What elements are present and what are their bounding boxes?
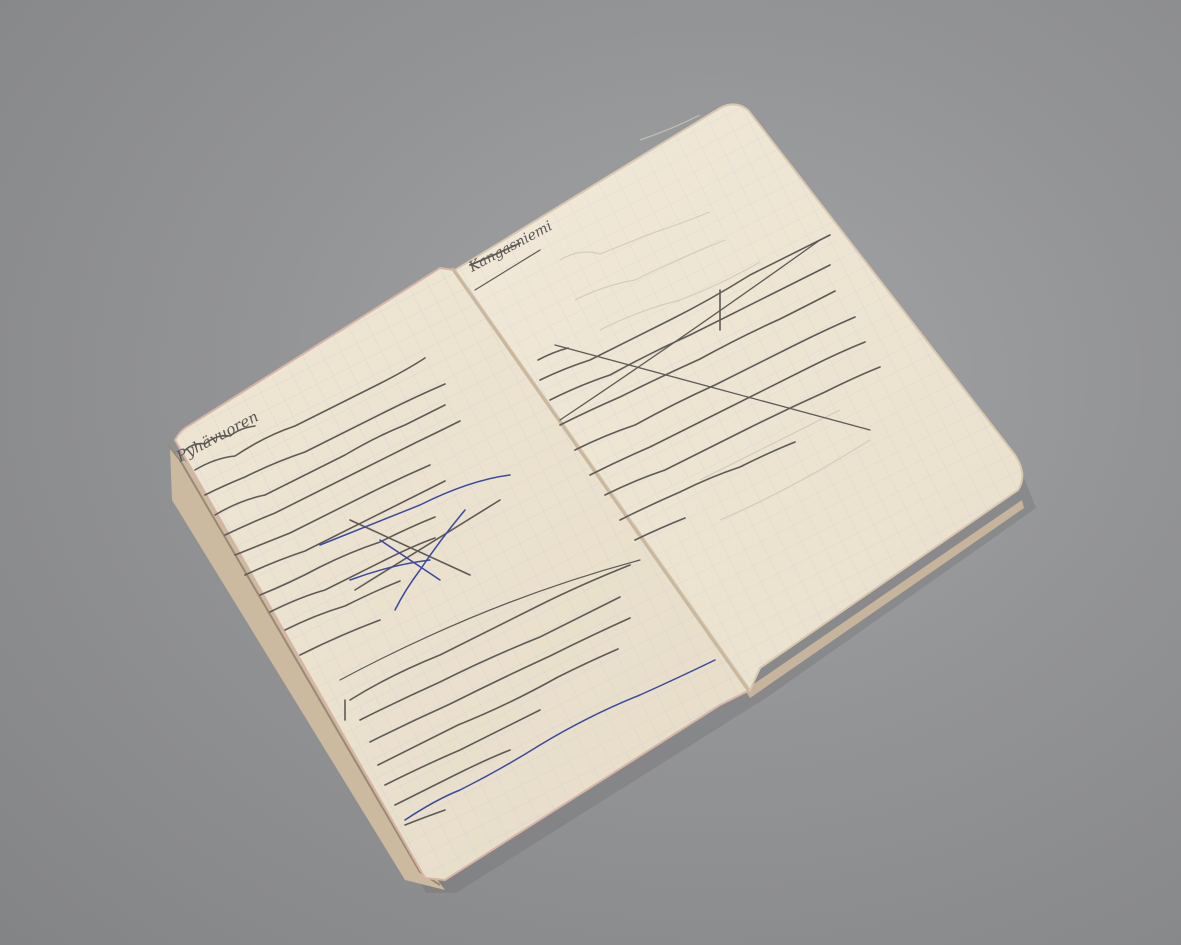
notebook-illustration: Pyhävuoren Kangasniemi <box>0 0 1181 945</box>
photo-scene: Pyhävuoren Kangasniemi <box>0 0 1181 945</box>
